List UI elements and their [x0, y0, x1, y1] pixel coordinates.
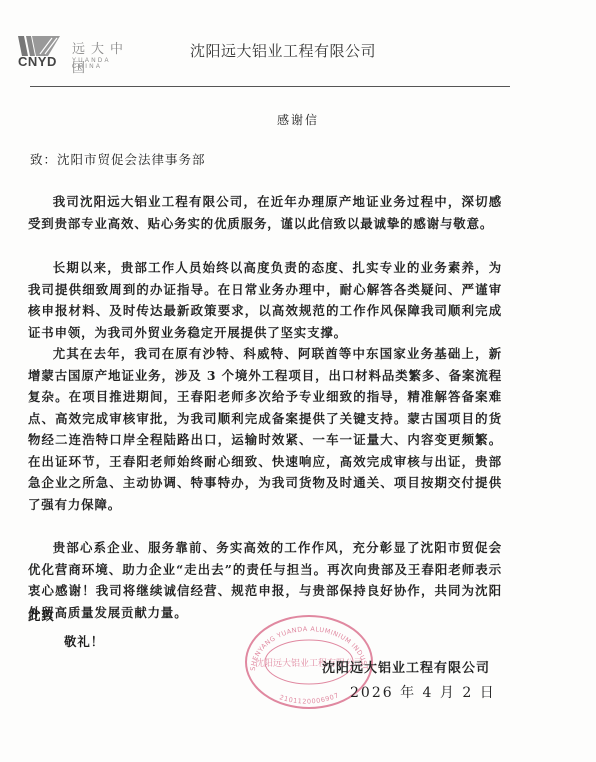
logo-english-name: YUANDA CHINA	[72, 58, 138, 70]
signature-date: 2026 年 4 月 2 日	[350, 682, 496, 702]
logo-abbr: CNYD	[18, 54, 57, 69]
closing-phrase: 此致	[28, 606, 55, 624]
letter-paragraph-1: 我司沈阳远大铝业工程有限公司，在近年办理原产地证业务过程中，深切感受到贵部专业高…	[28, 191, 502, 234]
letter-paragraph-3: 尤其在去年，我司在原有沙特、科威特、阿联酋等中东国家业务基础上，新增蒙古国原产地…	[28, 343, 502, 515]
letterhead-company-name: 沈阳远大铝业工程有限公司	[190, 40, 376, 61]
cnyd-logo-icon	[18, 36, 60, 56]
logo-chinese-name: 远大中国	[72, 38, 138, 76]
header-divider	[30, 86, 510, 87]
letter-title: 感谢信	[0, 111, 596, 128]
svg-text:2101120006907: 2101120006907	[278, 691, 340, 705]
signature-company: 沈阳远大铝业工程有限公司	[322, 657, 490, 676]
letter-salutation: 致：沈阳市贸促会法律事务部	[30, 150, 206, 168]
company-logo: CNYD 远大中国 YUANDA CHINA	[18, 36, 138, 68]
letter-paragraph-4: 贵部心系企业、服务靠前、务实高效的工作作风，充分彰显了沈阳市贸促会优化营商环境、…	[28, 537, 502, 623]
letter-paragraph-2: 长期以来，贵部工作人员始终以高度负责的态度、扎实专业的业务素养，为我司提供细致周…	[28, 257, 502, 343]
closing-salute: 敬礼！	[64, 632, 104, 650]
